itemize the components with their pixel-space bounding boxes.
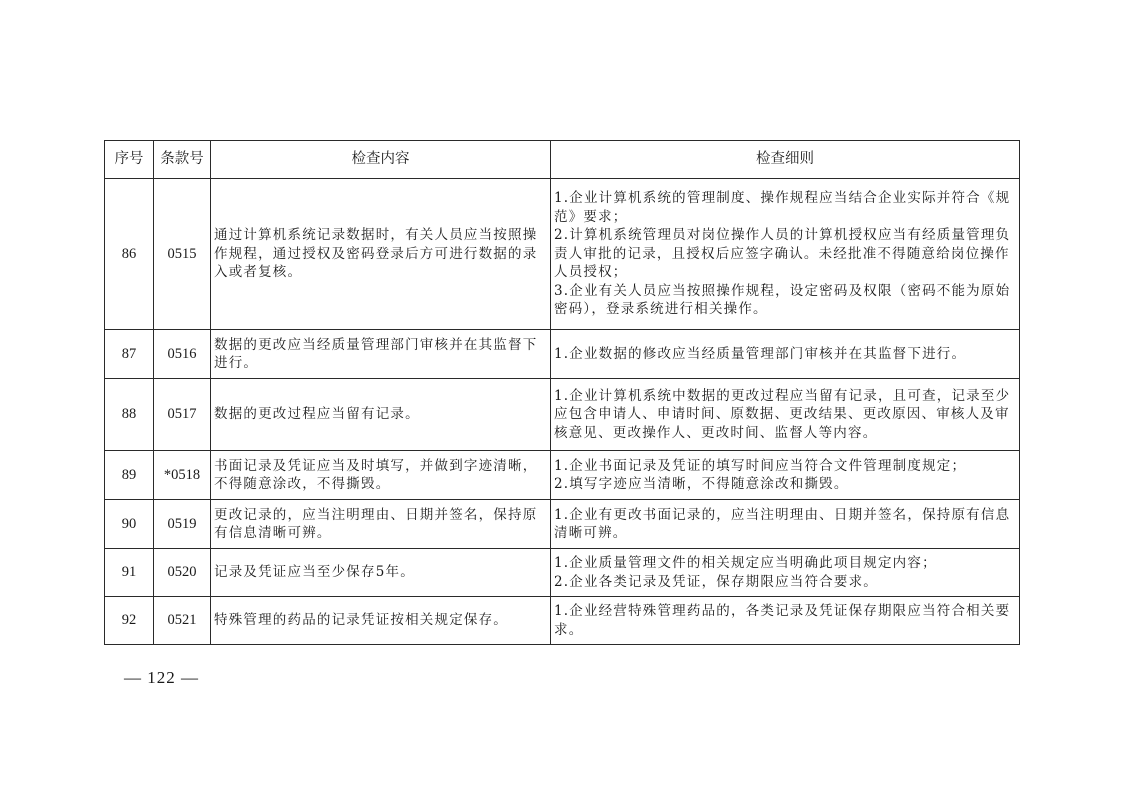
row-clause: *0518 [154,451,211,500]
detail-item: 1.企业经营特殊管理药品的，各类记录及凭证保存期限应当符合相关要求。 [554,602,1016,639]
row-detail: 1.企业数据的修改应当经质量管理部门审核并在其监督下进行。 [551,330,1020,379]
detail-item: 1.企业计算机系统中数据的更改过程应当留有记录，且可查，记录至少应包含申请人、申… [554,387,1016,443]
table-row: 87 0516 数据的更改应当经质量管理部门审核并在其监督下进行。 1.企业数据… [105,330,1020,379]
row-num: 86 [105,179,154,330]
table-row: 90 0519 更改记录的，应当注明理由、日期并签名，保持原有信息清晰可辨。 1… [105,500,1020,549]
row-content: 更改记录的，应当注明理由、日期并签名，保持原有信息清晰可辨。 [211,500,551,549]
row-clause: 0520 [154,549,211,597]
header-clause: 条款号 [154,141,211,179]
row-num: 87 [105,330,154,379]
header-num: 序号 [105,141,154,179]
row-detail: 1.企业质量管理文件的相关规定应当明确此项目规定内容； 2.企业各类记录及凭证，… [551,549,1020,597]
row-num: 90 [105,500,154,549]
row-clause: 0516 [154,330,211,379]
row-content: 特殊管理的药品的记录凭证按相关规定保存。 [211,597,551,645]
row-content: 数据的更改过程应当留有记录。 [211,379,551,451]
header-detail: 检查细则 [551,141,1020,179]
table-row: 92 0521 特殊管理的药品的记录凭证按相关规定保存。 1.企业经营特殊管理药… [105,597,1020,645]
table-row: 89 *0518 书面记录及凭证应当及时填写，并做到字迹清晰，不得随意涂改，不得… [105,451,1020,500]
detail-item: 2.企业各类记录及凭证，保存期限应当符合要求。 [554,573,1016,592]
table-row: 91 0520 记录及凭证应当至少保存5年。 1.企业质量管理文件的相关规定应当… [105,549,1020,597]
detail-item: 2.填写字迹应当清晰，不得随意涂改和撕毁。 [554,475,1016,494]
row-detail: 1.企业计算机系统中数据的更改过程应当留有记录，且可查，记录至少应包含申请人、申… [551,379,1020,451]
row-content: 书面记录及凭证应当及时填写，并做到字迹清晰，不得随意涂改，不得撕毁。 [211,451,551,500]
page-number: — 122 — [124,668,199,688]
table-row: 88 0517 数据的更改过程应当留有记录。 1.企业计算机系统中数据的更改过程… [105,379,1020,451]
row-content: 数据的更改应当经质量管理部门审核并在其监督下进行。 [211,330,551,379]
detail-item: 2.计算机系统管理员对岗位操作人员的计算机授权应当有经质量管理负责人审批的记录，… [554,226,1016,282]
row-detail: 1.企业经营特殊管理药品的，各类记录及凭证保存期限应当符合相关要求。 [551,597,1020,645]
row-clause: 0521 [154,597,211,645]
row-num: 89 [105,451,154,500]
row-detail: 1.企业有更改书面记录的，应当注明理由、日期并签名，保持原有信息清晰可辨。 [551,500,1020,549]
table-row: 86 0515 通过计算机系统记录数据时，有关人员应当按照操作规程，通过授权及密… [105,179,1020,330]
detail-item: 1.企业书面记录及凭证的填写时间应当符合文件管理制度规定； [554,457,1016,476]
row-detail: 1.企业计算机系统的管理制度、操作规程应当结合企业实际并符合《规范》要求； 2.… [551,179,1020,330]
row-clause: 0515 [154,179,211,330]
row-num: 91 [105,549,154,597]
row-content: 通过计算机系统记录数据时，有关人员应当按照操作规程，通过授权及密码登录后方可进行… [211,179,551,330]
detail-item: 1.企业质量管理文件的相关规定应当明确此项目规定内容； [554,554,1016,573]
row-clause: 0519 [154,500,211,549]
header-content: 检查内容 [211,141,551,179]
inspection-table: 序号 条款号 检查内容 检查细则 86 0515 通过计算机系统记录数据时，有关… [104,140,1020,645]
document-page: 序号 条款号 检查内容 检查细则 86 0515 通过计算机系统记录数据时，有关… [0,0,1122,793]
row-clause: 0517 [154,379,211,451]
row-detail: 1.企业书面记录及凭证的填写时间应当符合文件管理制度规定； 2.填写字迹应当清晰… [551,451,1020,500]
row-content: 记录及凭证应当至少保存5年。 [211,549,551,597]
table-header-row: 序号 条款号 检查内容 检查细则 [105,141,1020,179]
detail-item: 1.企业数据的修改应当经质量管理部门审核并在其监督下进行。 [554,345,1016,364]
detail-item: 1.企业计算机系统的管理制度、操作规程应当结合企业实际并符合《规范》要求； [554,189,1016,226]
detail-item: 1.企业有更改书面记录的，应当注明理由、日期并签名，保持原有信息清晰可辨。 [554,506,1016,543]
detail-item: 3.企业有关人员应当按照操作规程，设定密码及权限（密码不能为原始密码），登录系统… [554,282,1016,319]
row-num: 88 [105,379,154,451]
row-num: 92 [105,597,154,645]
